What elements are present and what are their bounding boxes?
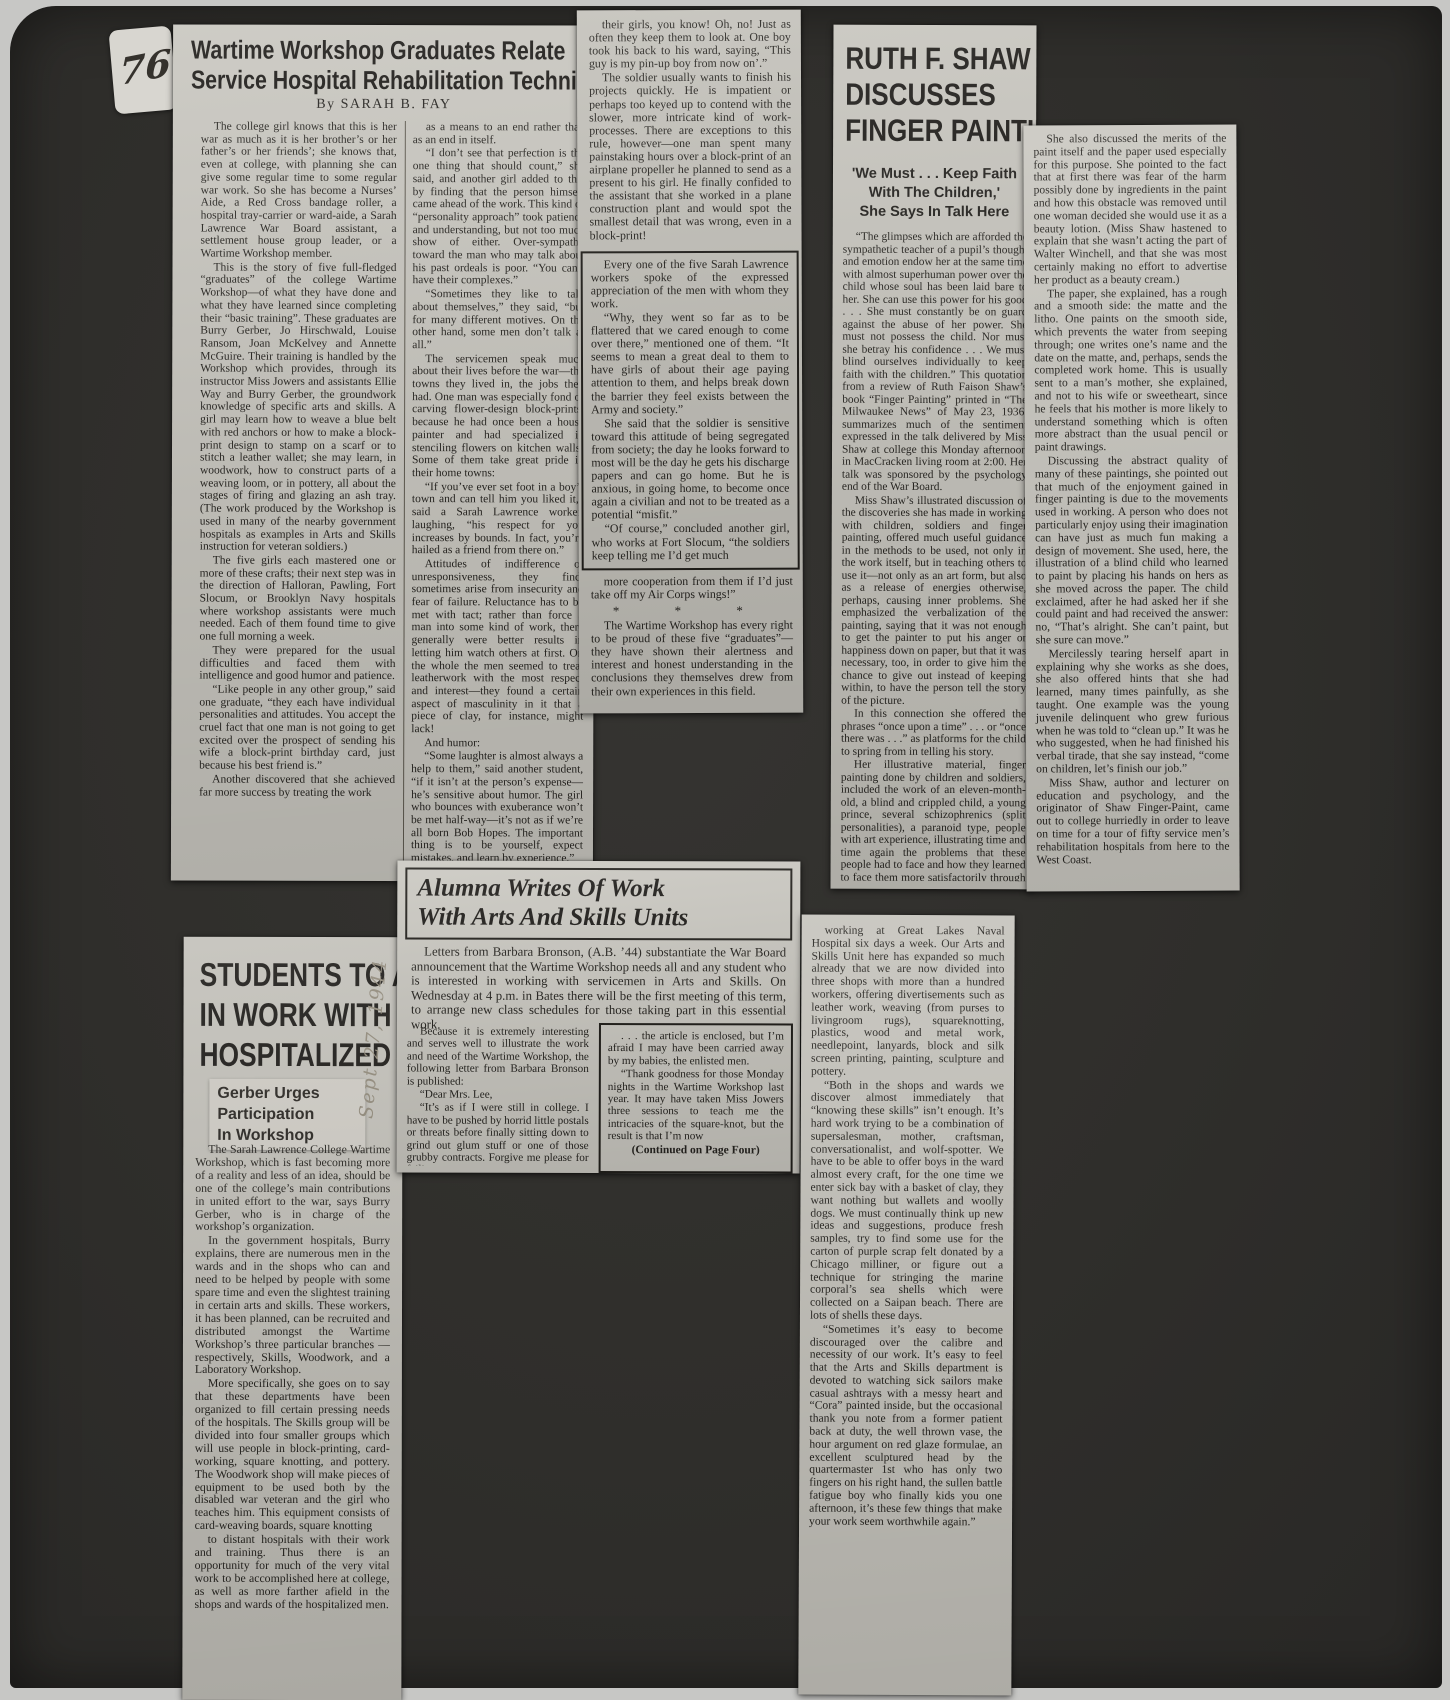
paragraph: Miss Shaw, author and lecturer on educat… bbox=[1036, 776, 1229, 866]
subhead-line: She Says In Talk Here bbox=[833, 203, 1036, 223]
clipping-letter-continuation: working at Great Lakes Naval Hospital si… bbox=[798, 915, 1014, 1696]
paragraph: more cooperation from them if I’d just t… bbox=[591, 574, 793, 601]
paragraph: . . . the article is enclosed, but I’m a… bbox=[608, 1030, 784, 1068]
paragraph: She said that the soldier is sensitive t… bbox=[591, 416, 789, 521]
paragraph: In this connection she offered the phras… bbox=[841, 708, 1026, 759]
letter-column-right: . . . the article is enclosed, but I’m a… bbox=[599, 1023, 793, 1174]
paragraph: “I don’t see that perfection is the one … bbox=[412, 147, 584, 287]
paragraph: The Wartime Workshop has every right to … bbox=[591, 619, 793, 698]
headline-box: Alumna Writes Of Work With Arts And Skil… bbox=[405, 867, 792, 940]
paragraph: as a means to an end rather than as an e… bbox=[413, 121, 585, 147]
paragraph: Letters from Barbara Bronson, (A.B. ’44)… bbox=[411, 945, 786, 1034]
headline-line: Service Hospital Rehabilitation Techniqu… bbox=[191, 64, 595, 95]
clipping-shaw-continuation: She also discussed the merits of the pai… bbox=[1023, 125, 1239, 892]
subhead-line: 'We Must . . . Keep Faith bbox=[833, 165, 1036, 185]
paragraph: Mercilessly tearing herself apart in exp… bbox=[1036, 647, 1230, 776]
paragraph: “Thank goodness for those Monday nights … bbox=[608, 1068, 784, 1143]
paragraph: “Like people in any other group,” said o… bbox=[199, 683, 395, 772]
subhead-line: With The Children,' bbox=[833, 184, 1036, 204]
paragraph: In the government hospitals, Burry expla… bbox=[195, 1234, 390, 1376]
byline: By SARAH B. FAY bbox=[173, 98, 595, 112]
headline-line: DISCUSSES bbox=[845, 77, 1036, 114]
paragraph: Another discovered that she achieved far… bbox=[199, 773, 395, 799]
paragraph: “Dear Mrs. Lee, bbox=[407, 1089, 589, 1102]
article-body: The Sarah Lawrence College Wartime Works… bbox=[194, 1143, 390, 1691]
headline-line: FINGER PAINTING bbox=[845, 113, 1036, 150]
paragraph: “It’s as if I were still in college. I h… bbox=[407, 1102, 589, 1166]
continuation-top: their girls, you know! Oh, no! Just as o… bbox=[577, 10, 802, 247]
paragraph: to distant hospitals with their work and… bbox=[194, 1533, 389, 1611]
headline-line: Wartime Workshop Graduates Relate bbox=[191, 34, 595, 65]
paragraph: More specifically, she goes on to say th… bbox=[195, 1377, 390, 1532]
paragraph: She also discussed the merits of the pai… bbox=[1033, 133, 1227, 287]
article-body: She also discussed the merits of the pai… bbox=[1023, 125, 1239, 876]
clipping-continuation-column: their girls, you know! Oh, no! Just as o… bbox=[577, 10, 803, 714]
letter-text: . . . the article is enclosed, but I’m a… bbox=[608, 1030, 784, 1143]
paragraph: “Both in the shops and wards we discover… bbox=[810, 1079, 1004, 1323]
page-number-sticker: 767 bbox=[108, 25, 177, 114]
subhead: Gerber Urges Participation In Workshop bbox=[209, 1079, 365, 1150]
article-body: “The glimpses which are afforded the sym… bbox=[841, 231, 1028, 882]
paragraph: Miss Shaw’s illustrated discussion of th… bbox=[841, 494, 1027, 707]
headline-line: RUTH F. SHAW bbox=[845, 41, 1036, 78]
paragraph: The soldier usually wants to finish his … bbox=[589, 71, 792, 242]
paragraph: Discussing the abstract quality of many … bbox=[1035, 455, 1229, 648]
clipping-wartime-workshop-graduates: Wartime Workshop Graduates Relate Servic… bbox=[171, 24, 595, 881]
paragraph: The servicemen speak much about their li… bbox=[412, 353, 584, 480]
paragraph: Her illustrative material, finger painti… bbox=[841, 759, 1026, 882]
paragraph: working at Great Lakes Naval Hospital si… bbox=[811, 925, 1005, 1079]
clipping-students-to-aid: STUDENTS TO AID IN WORK WITH HOSPITALIZE… bbox=[182, 937, 402, 1700]
continuation-bottom2: The Wartime Workshop has every right to … bbox=[579, 617, 803, 707]
continuation-bottom1: more cooperation from them if I’d just t… bbox=[579, 569, 803, 604]
asterisk-divider: * * * bbox=[579, 604, 803, 618]
column-divider bbox=[403, 121, 406, 869]
paragraph: The five girls each mastered one or more… bbox=[200, 554, 396, 643]
paragraph: Attitudes of indifference or unresponsiv… bbox=[411, 558, 583, 736]
paragraph: their girls, you know! Oh, no! Just as o… bbox=[589, 18, 791, 71]
article-column-left: The college girl knows that this is her … bbox=[199, 121, 397, 874]
article-body: working at Great Lakes Naval Hospital si… bbox=[799, 915, 1015, 1540]
article-column-right: as a means to an end rather than as an e… bbox=[411, 121, 585, 873]
article-intro: Letters from Barbara Bronson, (A.B. ’44)… bbox=[397, 944, 800, 1033]
paragraph: The paper, she explained, has a rough an… bbox=[1034, 287, 1228, 454]
headline-line: Alumna Writes Of Work bbox=[417, 874, 780, 904]
paragraph: The Sarah Lawrence College Wartime Works… bbox=[195, 1143, 390, 1234]
paragraph: They were prepared for the usual difficu… bbox=[199, 644, 395, 683]
clipping-ruth-shaw-finger-painting: RUTH F. SHAW DISCUSSES FINGER PAINTING '… bbox=[830, 25, 1036, 890]
paragraph: And humor: bbox=[411, 737, 583, 750]
paragraph: “Sometimes they like to talk about thems… bbox=[412, 288, 584, 352]
scan-canvas: 767 Wartime Workshop Graduates Relate Se… bbox=[0, 0, 1450, 1700]
letter-column-left: Because it is extremely interesting and … bbox=[407, 1025, 589, 1165]
subhead-line: Participation bbox=[217, 1104, 357, 1125]
paragraph: “Of course,” concluded another girl, who… bbox=[592, 522, 790, 562]
paragraph: “The glimpses which are afforded the sym… bbox=[842, 231, 1028, 494]
continued-note: (Continued on Page Four) bbox=[608, 1144, 784, 1157]
paragraph: “If you’ve ever set foot in a boy’s town… bbox=[412, 481, 584, 558]
paragraph: The college girl knows that this is her … bbox=[201, 121, 397, 261]
headline-line: With Arts And Skills Units bbox=[417, 903, 780, 933]
paragraph: Because it is extremely interesting and … bbox=[407, 1025, 589, 1088]
subhead: 'We Must . . . Keep Faith With The Child… bbox=[833, 165, 1036, 223]
clipping-alumna-writes: Alumna Writes Of Work With Arts And Skil… bbox=[397, 860, 801, 1173]
subhead-line: Gerber Urges bbox=[217, 1083, 357, 1104]
paragraph: “Some laughter is almost always a help t… bbox=[411, 751, 583, 866]
paragraph: “Sometimes it’s easy to become discourag… bbox=[809, 1323, 1003, 1529]
paragraph: Every one of the five Sarah Lawrence wor… bbox=[591, 257, 789, 310]
paragraph: “Why, they went so far as to be flattere… bbox=[591, 311, 789, 416]
paragraph: This is the story of five full-fledged “… bbox=[200, 261, 397, 554]
boxed-section: Every one of the five Sarah Lawrence wor… bbox=[581, 250, 800, 570]
